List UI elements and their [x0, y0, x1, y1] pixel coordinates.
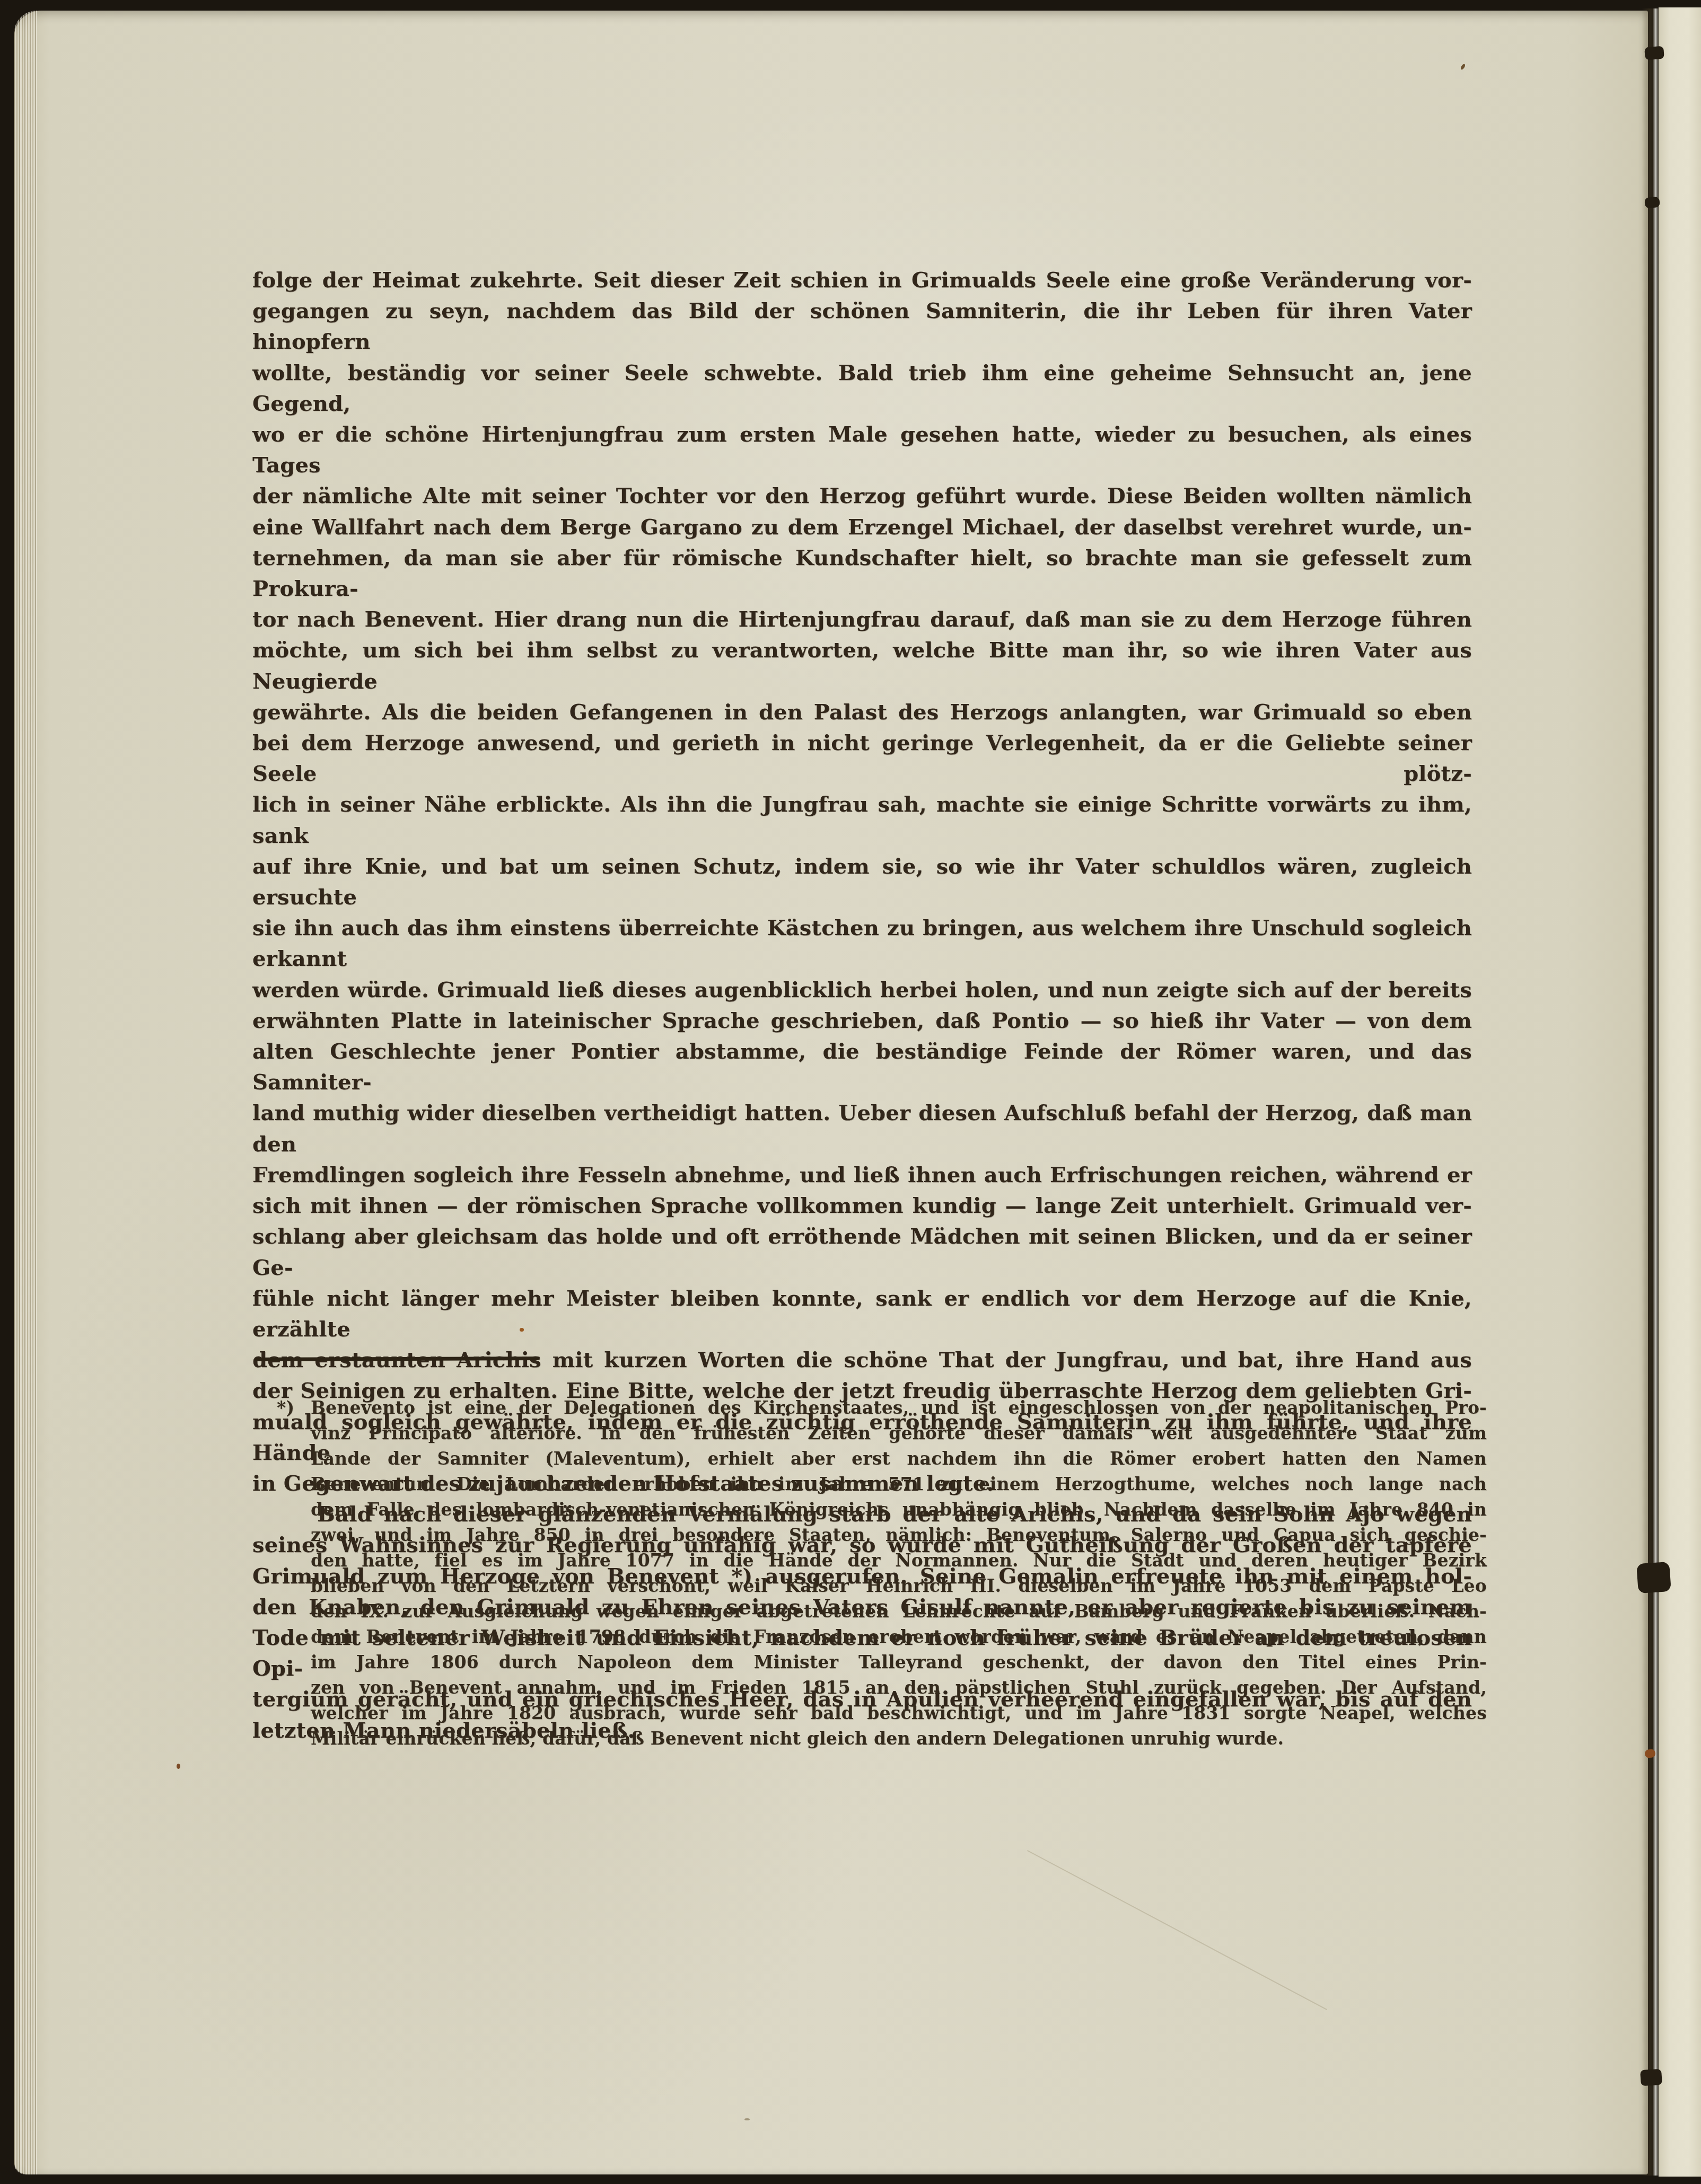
- text-line-p1: wo er die schöne Hirtenjungfrau zum erst…: [252, 419, 1472, 481]
- footnote-line: dem Benevent im Jahre 1798 durch die Fra…: [277, 1624, 1487, 1650]
- text-line-p1: werden würde. Grimuald ließ dieses augen…: [252, 975, 1472, 1006]
- text-line-p1: bei dem Herzoge anwesend, und gerieth in…: [252, 728, 1472, 789]
- text-line-p1: tor nach Benevent. Hier drang nun die Hi…: [252, 604, 1472, 635]
- text-line-p1: wollte, beständig vor seiner Seele schwe…: [252, 358, 1472, 419]
- text-line-p1: alten Geschlechte jener Pontier abstamme…: [252, 1036, 1472, 1098]
- footnote-line: *)Benevento ist eine der Delegationen de…: [277, 1395, 1487, 1421]
- binding-stitch: [1644, 197, 1660, 208]
- text-line-p1: folge der Heimat zukehrte. Seit dieser Z…: [252, 265, 1472, 296]
- text-line-p1: gegangen zu seyn, nachdem das Bild der s…: [252, 296, 1472, 357]
- binding-stitch: [1640, 2069, 1662, 2086]
- text-line-p1: schlang aber gleichsam das holde und oft…: [252, 1221, 1472, 1283]
- paper-speck: [744, 2118, 750, 2120]
- footnote-marker: *): [277, 1395, 311, 1421]
- text-line-p1: erwähnten Platte in lateinischer Sprache…: [252, 1006, 1472, 1036]
- binding-stitch: [1644, 46, 1664, 60]
- footnote-line: zen von Benevent annahm, und im Frieden …: [277, 1675, 1487, 1701]
- footnote-line: welcher im Jahre 1820 ausbrach, wurde se…: [277, 1701, 1487, 1726]
- text-line-p1: land muthig wider dieselben vertheidigt …: [252, 1098, 1472, 1159]
- footnote-line: Lande der Samniter (Maleventum), erhielt…: [277, 1446, 1487, 1472]
- paper-speck: [177, 1764, 180, 1769]
- footnote-line: blieben von den Letztern verschont, weil…: [277, 1573, 1487, 1599]
- adjacent-page-edge: [1659, 7, 1701, 2177]
- text-line-p1: sich mit ihnen — der römischen Sprache v…: [252, 1191, 1472, 1221]
- text-line-p1: auf ihre Knie, und bat um seinen Schutz,…: [252, 851, 1472, 913]
- text-line-p1: ternehmen, da man sie aber für römische …: [252, 543, 1472, 604]
- footnote-line: zwei, und im Jahre 850 in drei besondere…: [277, 1522, 1487, 1548]
- footnote-line: dem Falle des lombardisch-venetianischen…: [277, 1497, 1487, 1522]
- text-line-p1: möchte, um sich bei ihm selbst zu verant…: [252, 635, 1472, 697]
- footnote-line: Beneventum. Die Lombarden erhoben ihn im…: [277, 1472, 1487, 1497]
- text-line-p1: fühle nicht länger mehr Meister bleiben …: [252, 1283, 1472, 1345]
- footnote-line: den hatte, fiel es im Jahre 1077 in die …: [277, 1548, 1487, 1573]
- text-line-p1: Fremdlingen sogleich ihre Fesseln abnehm…: [252, 1160, 1472, 1191]
- scan-background: { "colors": { "frame": "#1b160f", "paper…: [0, 0, 1701, 2184]
- footnote-line: im Jahre 1806 durch Napoleon dem Ministe…: [277, 1650, 1487, 1675]
- text-line-p1: sie ihn auch das ihm einstens überreicht…: [252, 913, 1472, 974]
- footnote-line: den IX. zur Ausgleichung wegen einiger a…: [277, 1599, 1487, 1624]
- text-line-p1: eine Wallfahrt nach dem Berge Gargano zu…: [252, 512, 1472, 543]
- text-line-p1: der nämliche Alte mit seiner Tochter vor…: [252, 481, 1472, 512]
- footnote-line: Militär einrücken ließ, dafür, daß Benev…: [277, 1726, 1487, 1751]
- text-line-p1: gewährte. Als die beiden Gefangenen in d…: [252, 697, 1472, 728]
- text-line-p1: lich in seiner Nähe erblickte. Als ihn d…: [252, 789, 1472, 851]
- binding-stitch: [1636, 1562, 1671, 1593]
- footnote-line: vinz Principato alteriore. In den frühes…: [277, 1421, 1487, 1446]
- page-leaf-edges: [14, 11, 37, 2174]
- footnote-block: *)Benevento ist eine der Delegationen de…: [277, 1395, 1487, 1751]
